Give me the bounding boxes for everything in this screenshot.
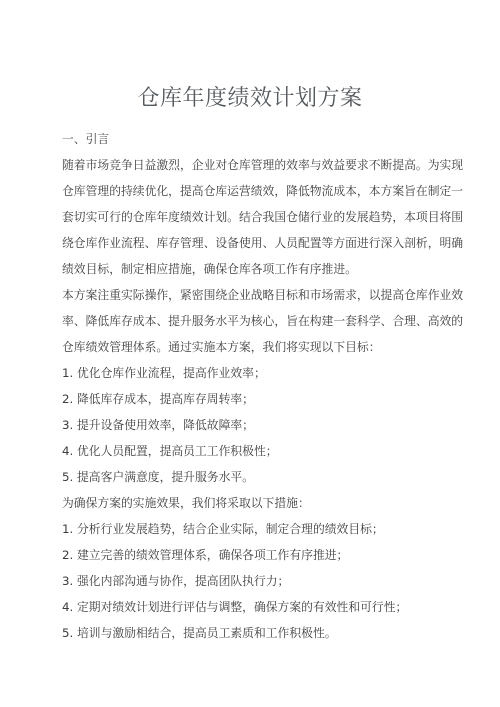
paragraph-line: 仓库管理的持续优化，提高仓库运营绩效，降低物流成本，本方案旨在制定一 xyxy=(62,178,422,204)
paragraph-line: 仓库绩效管理体系。通过实施本方案，我们将实现以下目标： xyxy=(62,334,422,360)
goal-item: 4. 优化人员配置，提高员工工作积极性； xyxy=(62,438,422,464)
goal-item: 1. 优化仓库作业流程，提高作业效率； xyxy=(62,360,422,386)
goal-item: 5. 提高客户满意度，提升服务水平。 xyxy=(62,464,422,490)
measure-item: 4. 定期对绩效计划进行评估与调整，确保方案的有效性和可行性； xyxy=(62,594,422,620)
measure-item: 5. 培训与激励相结合，提高员工素质和工作积极性。 xyxy=(62,620,422,646)
goals-list: 1. 优化仓库作业流程，提高作业效率； 2. 降低库存成本，提高库存周转率； 3… xyxy=(62,360,422,490)
measure-item: 3. 强化内部沟通与协作，提高团队执行力； xyxy=(62,568,422,594)
section-heading: 一、引言 xyxy=(62,126,422,152)
measure-item: 1. 分析行业发展趋势，结合企业实际，制定合理的绩效目标； xyxy=(62,516,422,542)
goal-item: 2. 降低库存成本，提高库存周转率； xyxy=(62,386,422,412)
paragraph-line: 绕仓库作业流程、库存管理、设备使用、人员配置等方面进行深入剖析，明确 xyxy=(62,230,422,256)
paragraph-line: 绩效目标，制定相应措施，确保仓库各项工作有序推进。 xyxy=(62,256,422,282)
measure-item: 2. 建立完善的绩效管理体系，确保各项工作有序推进； xyxy=(62,542,422,568)
scope-paragraph: 本方案注重实际操作，紧密围绕企业战略目标和市场需求，以提高仓库作业效 率、降低库… xyxy=(62,282,422,360)
paragraph-line: 套切实可行的仓库年度绩效计划。结合我国仓储行业的发展趋势，本项目将围 xyxy=(62,204,422,230)
intro-paragraph: 随着市场竞争日益激烈，企业对仓库管理的效率与效益要求不断提高。为实现 仓库管理的… xyxy=(62,152,422,282)
document-page: 仓库年度绩效计划方案 一、引言 随着市场竞争日益激烈，企业对仓库管理的效率与效益… xyxy=(0,0,500,707)
paragraph-line: 本方案注重实际操作，紧密围绕企业战略目标和市场需求，以提高仓库作业效 xyxy=(62,282,422,308)
goal-item: 3. 提升设备使用效率，降低故障率； xyxy=(62,412,422,438)
measures-list: 1. 分析行业发展趋势，结合企业实际，制定合理的绩效目标； 2. 建立完善的绩效… xyxy=(62,516,422,646)
measures-intro: 为确保方案的实施效果，我们将采取以下措施： xyxy=(62,490,422,516)
document-title: 仓库年度绩效计划方案 xyxy=(0,84,500,114)
paragraph-line: 随着市场竞争日益激烈，企业对仓库管理的效率与效益要求不断提高。为实现 xyxy=(62,152,422,178)
document-body: 一、引言 随着市场竞争日益激烈，企业对仓库管理的效率与效益要求不断提高。为实现 … xyxy=(62,126,422,646)
paragraph-line: 率、降低库存成本、提升服务水平为核心，旨在构建一套科学、合理、高效的 xyxy=(62,308,422,334)
